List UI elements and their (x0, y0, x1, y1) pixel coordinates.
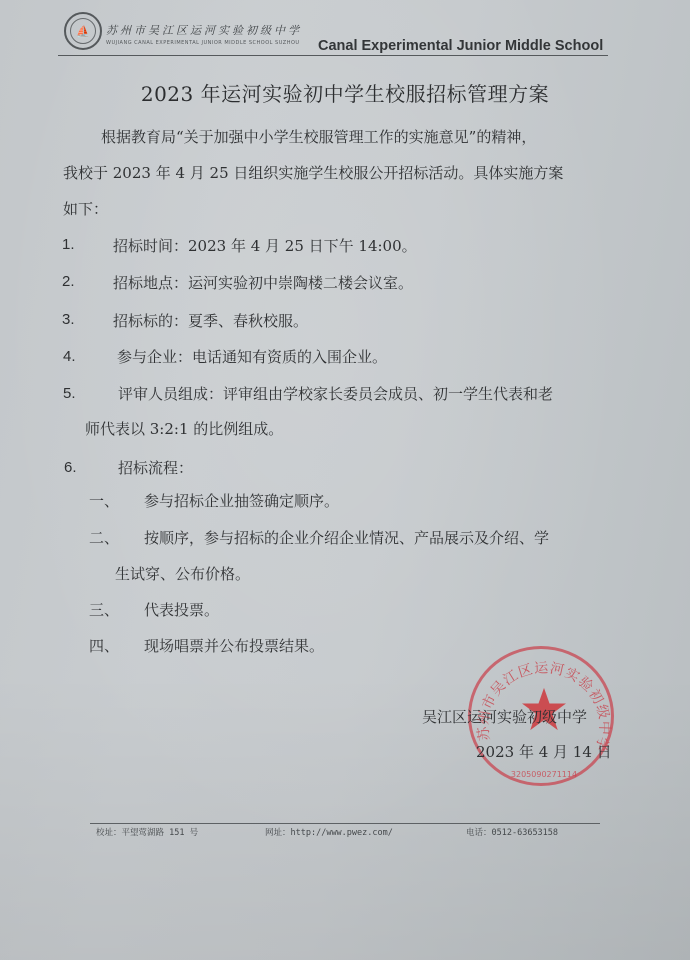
process-text: 按顺序，参与招标的企业介绍企业情况、产品展示及介绍、学 (144, 527, 549, 548)
footer-phone: 电话：0512-63653158 (466, 826, 558, 838)
emblem-inner: ⛵ (70, 18, 96, 44)
stamp-code: 3205090271114 (511, 770, 577, 779)
school-name-en: Canal Experimental Junior Middle School (318, 38, 603, 54)
item-text-continued: 师代表以 3:2:1 的比例组成。 (85, 418, 283, 439)
footer-address: 校址：平望莺湖路 151 号 (96, 826, 198, 838)
item-text: 招标时间：2023 年 4 月 25 日下午 14:00。 (113, 235, 417, 256)
item-text: 招标标的：夏季、春秋校服。 (113, 310, 308, 331)
item-number: 6. (64, 459, 77, 476)
school-name-en-small: WUJIANG CANAL EXPERIMENTAL JUNIOR MIDDLE… (106, 40, 300, 46)
signature-org: 吴江区运河实验初级中学 (422, 706, 587, 727)
item-text: 参与企业：电话通知有资质的入围企业。 (117, 346, 387, 367)
intro-line-2: 我校于 2023 年 4 月 25 日组织实施学生校服公开招标活动。具体实施方案 (63, 162, 563, 183)
item-text: 评审人员组成：评审组由学校家长委员会成员、初一学生代表和老 (118, 383, 553, 404)
process-number: 二、 (89, 527, 119, 548)
intro-line-3: 如下： (63, 198, 108, 219)
school-emblem-icon: ⛵ (64, 12, 102, 50)
item-number: 2. (62, 273, 75, 290)
process-number: 三、 (89, 599, 119, 620)
signature-date: 2023 年 4 月 14 日 (476, 741, 612, 762)
item-text: 招标流程： (118, 457, 193, 478)
footer-divider (90, 823, 600, 824)
process-number: 四、 (89, 635, 119, 656)
item-number: 5. (63, 385, 76, 402)
process-text: 参与招标企业抽签确定顺序。 (144, 490, 339, 511)
intro-line-1: 根据教育局“关于加强中小学生校服管理工作的实施意见”的精神， (101, 126, 536, 147)
item-number: 4. (63, 348, 76, 365)
footer-website: 网址：http://www.pwez.com/ (265, 826, 393, 838)
process-number: 一、 (89, 490, 119, 511)
item-number: 3. (62, 311, 75, 328)
item-number: 1. (62, 236, 75, 253)
school-name-cn: 苏州市吴江区运河实验初级中学 (106, 22, 302, 38)
process-text: 现场唱票并公布投票结果。 (144, 635, 324, 656)
document-title: 2023 年运河实验初中学生校服招标管理方案 (0, 78, 690, 107)
letterhead-divider (58, 55, 608, 56)
item-text: 招标地点：运河实验初中崇陶楼二楼会议室。 (113, 272, 413, 293)
process-text: 代表投票。 (144, 599, 219, 620)
process-text-continued: 生试穿、公布价格。 (115, 563, 250, 584)
letterhead: ⛵ 苏州市吴江区运河实验初级中学 WUJIANG CANAL EXPERIMEN… (0, 0, 690, 70)
